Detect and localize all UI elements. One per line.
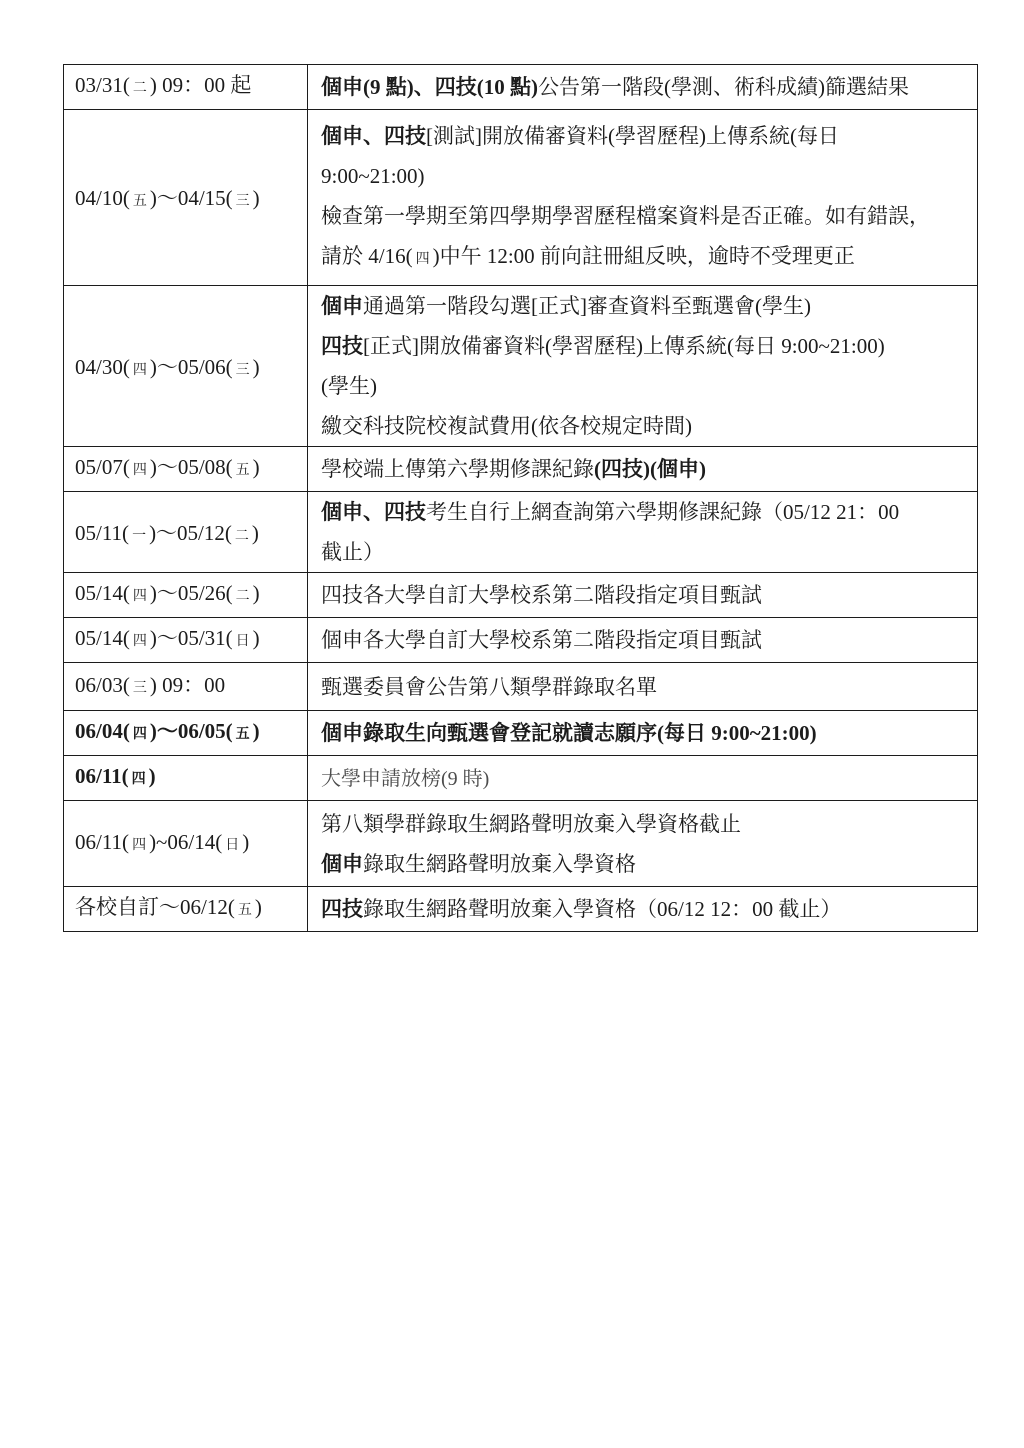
text-segment: 05/14(: [75, 581, 130, 605]
text-segment: )～06/05(: [150, 719, 233, 743]
table-row: 03/31(二) 09：00 起個申(9 點)、四技(10 點)公告第一階段(學…: [64, 65, 978, 110]
text-segment: ): [253, 581, 260, 605]
date-cell: 03/31(二) 09：00 起: [64, 65, 308, 110]
text-segment: 一: [129, 529, 149, 544]
text-segment: 繳交科技院校複試費用(依各校規定時間): [321, 414, 692, 438]
content-line: 四技各大學自訂大學校系第二階段指定項目甄試: [321, 575, 971, 615]
content-line: 甄選委員會公告第八類學群錄取名單: [321, 667, 971, 707]
content-line: 個申、四技[測試]開放備審資料(學習歷程)上傳系統(每日: [321, 116, 971, 156]
date-cell: 06/11(四)~06/14(日): [64, 801, 308, 887]
content-cell: 甄選委員會公告第八類學群錄取名單: [308, 663, 978, 711]
text-segment: 日: [222, 838, 242, 853]
content-line: 個申錄取生網路聲明放棄入學資格: [321, 844, 971, 884]
text-segment: 考生自行上網查詢第六學期修課紀錄（05/12 21：00: [426, 500, 899, 524]
content-cell: 個申(9 點)、四技(10 點)公告第一階段(學測、術科成績)篩選結果: [308, 65, 978, 110]
content-line: 請於 4/16(四)中午 12:00 前向註冊組反映，逾時不受理更正: [321, 236, 971, 280]
date-text: 05/14(四)～05/26(二): [75, 573, 303, 617]
content-cell: 第八類學群錄取生網路聲明放棄入學資格截止個申錄取生網路聲明放棄入學資格: [308, 801, 978, 887]
text-segment: 06/11(: [75, 764, 129, 788]
text-segment: ): [253, 719, 260, 743]
content-cell: 個申、四技[測試]開放備審資料(學習歷程)上傳系統(每日9:00~21:00)檢…: [308, 110, 978, 286]
content-line: 截止）: [321, 532, 971, 572]
text-segment: ): [253, 186, 260, 210]
text-segment: 第八類學群錄取生網路聲明放棄入學資格截止: [321, 812, 741, 836]
date-text: 06/11(四): [75, 756, 303, 800]
date-text: 04/10(五)～04/15(三): [75, 178, 303, 222]
text-segment: )～05/31(: [150, 626, 233, 650]
text-segment: )～05/08(: [150, 455, 233, 479]
date-cell: 06/04(四)～06/05(五): [64, 711, 308, 756]
date-cell: 06/11(四): [64, 756, 308, 801]
text-segment: 06/03(: [75, 673, 130, 697]
text-segment: 四: [130, 634, 150, 649]
text-segment: 個申(9 點)、四技(10 點): [321, 75, 538, 99]
content-line: 個申各大學自訂大學校系第二階段指定項目甄試: [321, 620, 971, 660]
text-segment: 檢查第一學期至第四學期學習歷程檔案資料是否正確。如有錯誤，: [321, 204, 930, 228]
text-segment: 個申錄取生向甄選會登記就讀志願序(每日 9:00~21:00): [321, 721, 817, 745]
date-cell: 05/11(一)～05/12(二): [64, 492, 308, 573]
content-line: 第八類學群錄取生網路聲明放棄入學資格截止: [321, 804, 971, 844]
text-segment: 四技各大學自訂大學校系第二階段指定項目甄試: [321, 583, 762, 607]
text-segment: ): [253, 355, 260, 379]
text-segment: 三: [130, 681, 150, 696]
text-segment: 四: [129, 838, 149, 853]
table-row: 06/11(四)~06/14(日)第八類學群錄取生網路聲明放棄入學資格截止個申錄…: [64, 801, 978, 887]
text-segment: 四: [130, 727, 150, 742]
text-segment: [正式]開放備審資料(學習歷程)上傳系統(每日 9:00~21:00): [363, 334, 885, 358]
text-segment: 06/04(: [75, 719, 130, 743]
text-segment: 日: [233, 634, 253, 649]
text-segment: 05/07(: [75, 455, 130, 479]
text-segment: 四: [130, 589, 150, 604]
content-line: 繳交科技院校複試費用(依各校規定時間): [321, 406, 971, 446]
text-segment: 二: [233, 589, 253, 604]
date-text: 06/11(四)~06/14(日): [75, 822, 303, 866]
text-segment: 三: [233, 363, 253, 378]
schedule-table-body: 03/31(二) 09：00 起個申(9 點)、四技(10 點)公告第一階段(學…: [64, 65, 978, 932]
content-cell: 四技各大學自訂大學校系第二階段指定項目甄試: [308, 573, 978, 618]
content-line: 學校端上傳第六學期修課紀錄(四技)(個申): [321, 449, 971, 489]
text-segment: 四: [130, 363, 150, 378]
text-segment: 03/31(: [75, 73, 130, 97]
text-segment: 五: [235, 903, 255, 918]
date-cell: 05/07(四)～05/08(五): [64, 447, 308, 492]
text-segment: ): [149, 764, 156, 788]
text-segment: 個申、四技: [321, 124, 426, 148]
text-segment: 9:00~21:00): [321, 164, 425, 188]
text-segment: 錄取生網路聲明放棄入學資格: [363, 852, 636, 876]
table-row: 06/03(三) 09：00甄選委員會公告第八類學群錄取名單: [64, 663, 978, 711]
text-segment: 四: [413, 252, 433, 267]
date-cell: 04/10(五)～04/15(三): [64, 110, 308, 286]
text-segment: 二: [130, 81, 150, 96]
table-row: 05/14(四)～05/26(二)四技各大學自訂大學校系第二階段指定項目甄試: [64, 573, 978, 618]
text-segment: 截止）: [321, 540, 384, 564]
date-cell: 06/03(三) 09：00: [64, 663, 308, 711]
content-cell: 四技錄取生網路聲明放棄入學資格（06/12 12：00 截止）: [308, 887, 978, 932]
table-row: 05/07(四)～05/08(五)學校端上傳第六學期修課紀錄(四技)(個申): [64, 447, 978, 492]
text-segment: 三: [233, 194, 253, 209]
text-segment: 請於 4/16(: [321, 244, 413, 268]
content-line: 9:00~21:00): [321, 156, 971, 196]
date-cell: 04/30(四)～05/06(三): [64, 286, 308, 447]
date-text: 05/11(一)～05/12(二): [75, 513, 303, 557]
text-segment: 四技: [321, 334, 363, 358]
content-line: 個申錄取生向甄選會登記就讀志願序(每日 9:00~21:00): [321, 713, 971, 753]
text-segment: 通過第一階段勾選[正式]審查資料至甄選會(學生): [363, 294, 811, 318]
content-line: 個申通過第一階段勾選[正式]審查資料至甄選會(學生): [321, 286, 971, 326]
text-segment: 06/11(: [75, 830, 129, 854]
text-segment: ): [242, 830, 249, 854]
content-line: 四技[正式]開放備審資料(學習歷程)上傳系統(每日 9:00~21:00): [321, 326, 971, 366]
text-segment: 二: [232, 529, 252, 544]
date-text: 03/31(二) 09：00 起: [75, 65, 303, 109]
text-segment: [測試]開放備審資料(學習歷程)上傳系統(每日: [426, 124, 839, 148]
text-segment: 甄選委員會公告第八類學群錄取名單: [321, 675, 657, 699]
table-row: 06/04(四)～06/05(五)個申錄取生向甄選會登記就讀志願序(每日 9:0…: [64, 711, 978, 756]
content-cell: 個申、四技考生自行上網查詢第六學期修課紀錄（05/12 21：00截止）: [308, 492, 978, 573]
text-segment: 04/10(: [75, 186, 130, 210]
text-segment: 學校端上傳第六學期修課紀錄: [321, 457, 594, 481]
table-row: 05/11(一)～05/12(二)個申、四技考生自行上網查詢第六學期修課紀錄（0…: [64, 492, 978, 573]
text-segment: ) 09：00: [150, 673, 225, 697]
text-segment: 04/30(: [75, 355, 130, 379]
text-segment: 四: [129, 772, 149, 787]
text-segment: )～05/26(: [150, 581, 233, 605]
content-cell: 學校端上傳第六學期修課紀錄(四技)(個申): [308, 447, 978, 492]
text-segment: 各校自訂～06/12(: [75, 895, 235, 919]
table-row: 各校自訂～06/12(五)四技錄取生網路聲明放棄入學資格（06/12 12：00…: [64, 887, 978, 932]
text-segment: 四: [130, 463, 150, 478]
text-segment: )~06/14(: [149, 830, 222, 854]
table-row: 04/10(五)～04/15(三)個申、四技[測試]開放備審資料(學習歷程)上傳…: [64, 110, 978, 286]
text-segment: ) 09：00 起: [150, 73, 252, 97]
content-cell: 個申通過第一階段勾選[正式]審查資料至甄選會(學生)四技[正式]開放備審資料(學…: [308, 286, 978, 447]
schedule-table: 03/31(二) 09：00 起個申(9 點)、四技(10 點)公告第一階段(學…: [63, 64, 978, 932]
text-segment: ): [253, 455, 260, 479]
text-segment: 四技: [321, 897, 363, 921]
content-cell: 個申各大學自訂大學校系第二階段指定項目甄試: [308, 618, 978, 663]
text-segment: 五: [233, 463, 253, 478]
content-line: 個申(9 點)、四技(10 點)公告第一階段(學測、術科成績)篩選結果: [321, 67, 971, 107]
text-segment: 個申: [321, 852, 363, 876]
text-segment: )～05/06(: [150, 355, 233, 379]
date-cell: 05/14(四)～05/31(日): [64, 618, 308, 663]
table-row: 04/30(四)～05/06(三)個申通過第一階段勾選[正式]審查資料至甄選會(…: [64, 286, 978, 447]
text-segment: ): [253, 626, 260, 650]
text-segment: )～04/15(: [150, 186, 233, 210]
content-line: 四技錄取生網路聲明放棄入學資格（06/12 12：00 截止）: [321, 889, 971, 929]
content-line: 大學申請放榜(9 時): [321, 758, 971, 799]
date-cell: 各校自訂～06/12(五): [64, 887, 308, 932]
date-text: 05/14(四)～05/31(日): [75, 618, 303, 662]
content-cell: 個申錄取生向甄選會登記就讀志願序(每日 9:00~21:00): [308, 711, 978, 756]
text-segment: (四技)(個申): [594, 457, 706, 481]
date-text: 06/04(四)～06/05(五): [75, 711, 303, 755]
text-segment: 錄取生網路聲明放棄入學資格（06/12 12：00 截止）: [363, 897, 841, 921]
text-segment: ): [255, 895, 262, 919]
content-line: 檢查第一學期至第四學期學習歷程檔案資料是否正確。如有錯誤，: [321, 196, 971, 236]
content-line: (學生): [321, 366, 971, 406]
table-row: 06/11(四)大學申請放榜(9 時): [64, 756, 978, 801]
text-segment: 個申、四技: [321, 500, 426, 524]
text-segment: 五: [233, 727, 253, 742]
text-segment: )～05/12(: [149, 521, 232, 545]
text-segment: )中午 12:00 前向註冊組反映，逾時不受理更正: [433, 244, 855, 268]
text-segment: 05/11(: [75, 521, 129, 545]
document-page: 03/31(二) 09：00 起個申(9 點)、四技(10 點)公告第一階段(學…: [0, 0, 1024, 1448]
text-segment: 個申: [321, 294, 363, 318]
text-segment: 公告第一階段(學測、術科成績)篩選結果: [538, 75, 909, 99]
text-segment: 05/14(: [75, 626, 130, 650]
table-row: 05/14(四)～05/31(日)個申各大學自訂大學校系第二階段指定項目甄試: [64, 618, 978, 663]
date-text: 06/03(三) 09：00: [75, 665, 303, 709]
date-text: 04/30(四)～05/06(三): [75, 347, 303, 391]
text-segment: (學生): [321, 374, 377, 398]
date-text: 05/07(四)～05/08(五): [75, 447, 303, 491]
content-line: 個申、四技考生自行上網查詢第六學期修課紀錄（05/12 21：00: [321, 492, 971, 532]
text-segment: 五: [130, 194, 150, 209]
text-segment: 大學申請放榜(9 時): [321, 768, 489, 790]
content-cell: 大學申請放榜(9 時): [308, 756, 978, 801]
date-text: 各校自訂～06/12(五): [75, 887, 303, 931]
text-segment: 個申各大學自訂大學校系第二階段指定項目甄試: [321, 628, 762, 652]
date-cell: 05/14(四)～05/26(二): [64, 573, 308, 618]
text-segment: ): [252, 521, 259, 545]
